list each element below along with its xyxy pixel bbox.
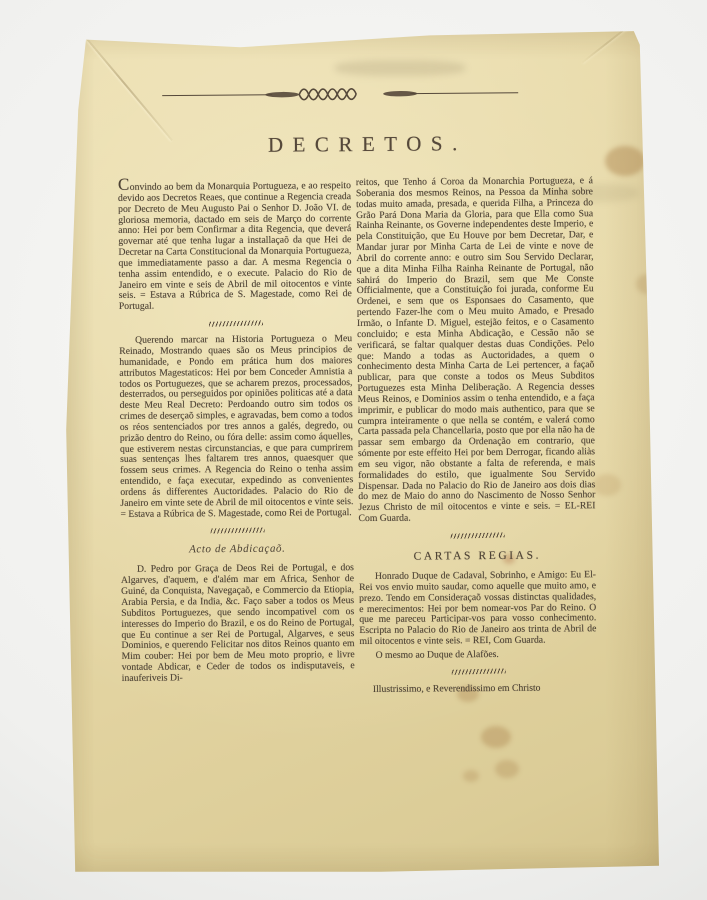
left-column: Convindo ao bem da Monarquia Portugueza,… — [118, 178, 355, 685]
section-separator-ornament — [208, 320, 262, 326]
closing-line: Illustrissimo, e Reverendissimo em Chris… — [360, 682, 597, 695]
abdication-paragraph: D. Pedro por Graça de Deos Rei de Portug… — [121, 564, 355, 685]
document-title: DECRETOS. — [63, 130, 663, 160]
section-separator-ornament — [451, 668, 505, 674]
carta-regia-paragraph: Honrado Duque de Cadaval, Sobrinho, e Am… — [359, 570, 597, 648]
carta-regia-addendum: O mesmo ao Duque de Alafões. — [360, 648, 597, 661]
cartas-regias-heading: CARTAS REGIAS. — [359, 549, 596, 563]
header-rule-ornament — [160, 83, 520, 104]
abdication-heading: Acto de Abdicaçaõ. — [121, 543, 354, 557]
section-separator-ornament — [210, 528, 264, 534]
right-column: reitos, que Tenho á Coroa da Monarchia P… — [356, 176, 597, 695]
section-separator-ornament — [450, 532, 504, 538]
printed-content: DECRETOS. Convindo ao bem da Monarquia P… — [62, 24, 669, 879]
photo-backdrop: DECRETOS. Convindo ao bem da Monarquia P… — [0, 0, 707, 900]
decree-2-paragraph: Querendo marcar na Historia Portugueza o… — [119, 334, 353, 520]
abdication-continuation-paragraph: reitos, que Tenho á Coroa da Monarchia P… — [356, 176, 596, 525]
decree-1-initial-letter: C — [118, 175, 130, 194]
document-page: DECRETOS. Convindo ao bem da Monarquia P… — [65, 26, 665, 876]
decree-1-paragraph: Convindo ao bem da Monarquia Portugueza,… — [118, 178, 352, 313]
decree-1-text: onvindo ao bem da Monarquia Portugueza, … — [118, 180, 352, 312]
